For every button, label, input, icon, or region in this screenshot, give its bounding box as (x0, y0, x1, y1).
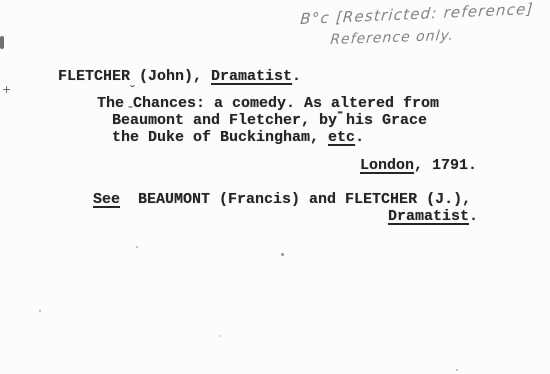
handwritten-annotation-line2: Reference only. (330, 28, 455, 48)
see-reference-line-2: Dramatist. (388, 209, 478, 225)
text-segment: . (355, 129, 364, 146)
text-segment: the Duke of Buckingham, (112, 129, 328, 146)
scan-speck (456, 369, 458, 371)
text-segment: FLETCHER (John), (58, 68, 211, 85)
title-line-2: Beaumont and Fletcher, by his Grace (112, 113, 427, 129)
handwritten-annotation-line1: B°c [Restricted: reference] (300, 0, 535, 28)
edge-smudge (0, 36, 4, 49)
text-segment: Beaumont and Fletcher, by his Grace (112, 112, 427, 129)
text-segment: The Chances: a comedy. As altered from (97, 95, 439, 112)
text-segment: . (292, 68, 301, 85)
catalog-card: B°c [Restricted: reference] Reference on… (0, 0, 550, 374)
plus-pencil-mark: + (2, 85, 11, 95)
text-segment: BEAUMONT (Francis) and FLETCHER (J.), (120, 191, 471, 208)
title-line-1: The Chances: a comedy. As altered from (97, 96, 439, 112)
underlined-text: Dramatist (388, 208, 469, 225)
scan-speck (281, 253, 284, 256)
heading-line: FLETCHER (John), Dramatist. (58, 69, 301, 85)
scan-speck (136, 246, 138, 248)
underlined-text: Dramatist (211, 68, 292, 85)
title-line-3: the Duke of Buckingham, etc. (112, 130, 364, 146)
underlined-text: London (360, 157, 414, 174)
scan-speck (219, 335, 221, 337)
scan-speck (39, 310, 41, 312)
imprint-line: London, 1791. (360, 158, 477, 174)
underlined-text: etc (328, 129, 355, 146)
see-reference-line-1: See BEAUMONT (Francis) and FLETCHER (J.)… (93, 192, 471, 208)
breve-pencil-mark: ˘ (129, 87, 136, 97)
text-segment: . (469, 208, 478, 225)
insertion-dash-pencil-mark: - (337, 107, 343, 117)
text-segment: , 1791. (414, 157, 477, 174)
underlined-text: See (93, 191, 120, 208)
macron-pencil-mark: ¯ (127, 108, 134, 118)
